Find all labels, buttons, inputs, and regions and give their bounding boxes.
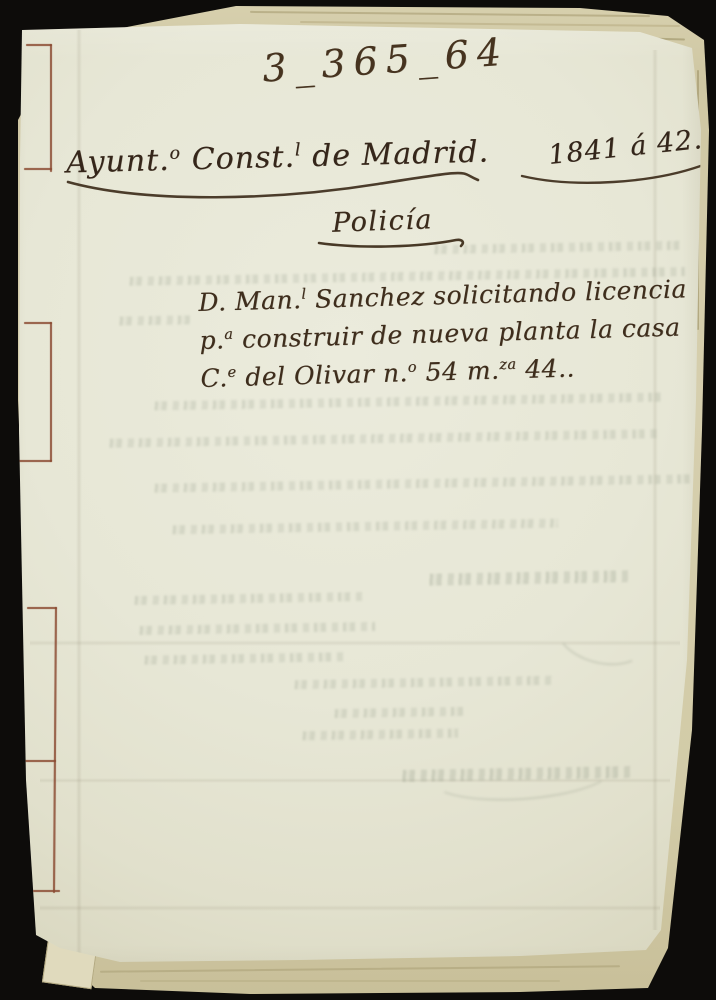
bleedthrough-line <box>135 622 375 635</box>
bleedthrough-line <box>105 429 660 448</box>
binding-stitch <box>53 607 57 893</box>
binding-stitch <box>50 44 52 172</box>
bleedthrough-line <box>150 474 698 493</box>
bleedthrough-line <box>290 676 555 690</box>
section-title: Policía <box>331 204 433 239</box>
subject-text: 44.. <box>516 354 575 385</box>
binding-stitch <box>24 322 52 324</box>
subject-superscript: za <box>499 357 517 373</box>
ghost-signature <box>425 570 630 586</box>
subject-block: D. Man.l Sanchez solicitando licencia p.… <box>198 274 690 402</box>
ghost-flourish <box>549 595 654 675</box>
subject-superscript: o <box>408 360 418 376</box>
bleedthrough-line <box>140 652 345 665</box>
binding-stitch <box>24 168 52 170</box>
binding-stitch <box>27 607 57 609</box>
bleedthrough-line <box>168 519 558 535</box>
binding-stitch <box>22 760 56 762</box>
binding-stitch <box>50 322 52 462</box>
bleedthrough-line <box>330 707 465 718</box>
ghost-flourish <box>428 742 615 807</box>
subject-text: 54 m. <box>417 356 500 387</box>
binding-stitch <box>18 460 52 462</box>
stacked-sheet-edge <box>140 980 560 982</box>
section-underline-flourish <box>316 236 471 252</box>
subject-text: p. <box>199 325 225 355</box>
binding-stitch <box>22 890 60 892</box>
subject-line: p.a construir de nueva planta la casa <box>199 312 688 355</box>
archival-photo: 3_365_64 Ayunt.o Const.l de Madrid. 1841… <box>0 0 716 1000</box>
subject-text: del Olivar n. <box>236 358 408 392</box>
archive-number: 3_365_64 <box>261 29 511 90</box>
bleedthrough-line <box>130 592 365 605</box>
bleedthrough-line <box>115 315 190 325</box>
institution-superscript: o <box>169 144 181 164</box>
binding-stitch <box>26 44 52 46</box>
subject-line: C.e del Olivar n.o 54 m.za 44.. <box>200 350 689 393</box>
paper-crease <box>40 905 660 911</box>
subject-text: D. Man. <box>198 285 302 317</box>
subject-text: construir de nueva planta la casa <box>233 313 681 354</box>
bleedthrough-line <box>298 729 458 741</box>
subject-text: C. <box>200 363 228 393</box>
year-underline-flourish <box>518 158 713 190</box>
cover-page: 3_365_64 Ayunt.o Const.l de Madrid. 1841… <box>0 0 716 1000</box>
